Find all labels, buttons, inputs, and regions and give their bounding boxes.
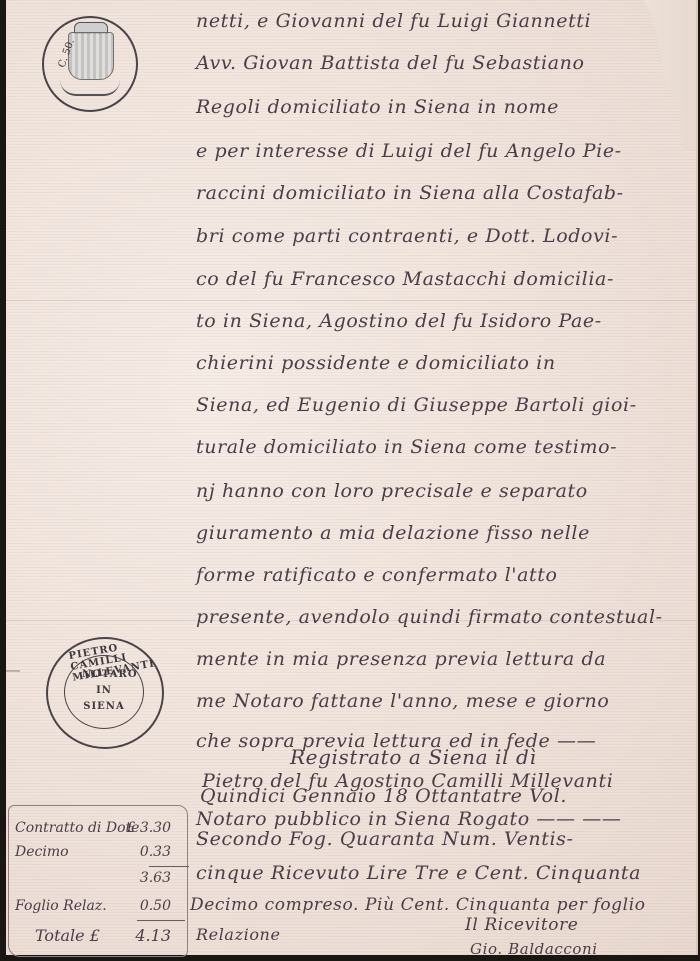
body-line: Regoli domiciliato in Siena in nome bbox=[196, 96, 559, 118]
lion-figure-icon bbox=[60, 80, 120, 96]
body-line: chierini possidente e domiciliato in bbox=[196, 352, 556, 374]
sum-rule bbox=[149, 866, 189, 867]
fee-ledger: Contratto di Dote £ 3.30 Decimo 0.33 3.6… bbox=[8, 805, 188, 957]
body-line: giuramento a mia delazione fisso nelle bbox=[196, 522, 590, 544]
receiver-title: Il Ricevitore bbox=[465, 915, 578, 935]
seal-center-line: NOTARO bbox=[82, 669, 126, 680]
body-line: co del fu Francesco Mastacchi domicilia- bbox=[196, 268, 614, 290]
body-line: me Notaro fattane l'anno, mese e giorno bbox=[196, 690, 609, 712]
registration-line: Decimo compreso. Più Cent. Cinquanta per… bbox=[190, 895, 646, 915]
seal-center-line: IN bbox=[82, 685, 126, 696]
body-line: netti, e Giovanni del fu Luigi Giannetti bbox=[196, 10, 591, 32]
body-line: mente in mia presenza previa lettura da bbox=[196, 648, 606, 670]
body-line: Siena, ed Eugenio di Giuseppe Bartoli gi… bbox=[196, 394, 637, 416]
body-line: forme ratificato e confermato l'atto bbox=[196, 564, 558, 586]
coat-of-arms-icon bbox=[68, 32, 114, 80]
torn-corner bbox=[615, 0, 696, 150]
sum-rule bbox=[137, 920, 185, 921]
registration-line: Quindici Gennaio 18 Ottantatre Vol. bbox=[200, 785, 567, 807]
body-line: to in Siena, Agostino del fu Isidoro Pae… bbox=[196, 310, 602, 332]
receiver-signature: Gio. Baldacconi bbox=[470, 940, 598, 958]
body-line: Notaro pubblico in Siena Rogato —— —— bbox=[196, 808, 621, 830]
tax-stamp-seal: C. 50. bbox=[42, 16, 138, 112]
notary-seal: PIETRO CAMILLI MILLEVANTI NOTARO IN SIEN… bbox=[46, 637, 164, 749]
seal-center-line: SIENA bbox=[82, 701, 126, 712]
body-line: Avv. Giovan Battista del fu Sebastiano bbox=[196, 52, 585, 74]
registration-line: cinque Ricevuto Lire Tre e Cent. Cinquan… bbox=[196, 862, 641, 884]
registration-line: Relazione bbox=[196, 925, 281, 944]
registration-line: Secondo Fog. Quaranta Num. Ventis- bbox=[196, 828, 574, 850]
body-line: bri come parti contraenti, e Dott. Lodov… bbox=[196, 225, 618, 247]
body-line: nj hanno con loro precisale e separato bbox=[196, 480, 588, 502]
registration-line: Registrato a Siena il dì bbox=[290, 745, 536, 769]
body-line: presente, avendolo quindi firmato contes… bbox=[196, 606, 663, 628]
binding-string bbox=[6, 670, 20, 672]
body-line: turale domiciliato in Siena come testimo… bbox=[196, 436, 617, 458]
paper-fold-line bbox=[6, 300, 696, 301]
body-line: raccini domiciliato in Siena alla Costaf… bbox=[196, 182, 624, 204]
body-line: e per interesse di Luigi del fu Angelo P… bbox=[196, 140, 622, 162]
